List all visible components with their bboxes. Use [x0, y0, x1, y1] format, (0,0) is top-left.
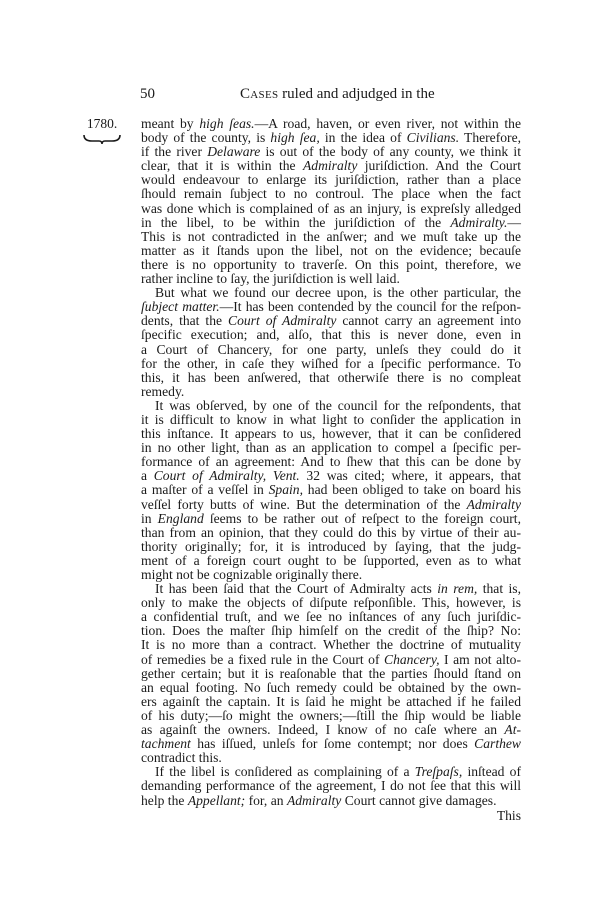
- text-segment: It was obſerved, by one of the council f…: [155, 398, 521, 413]
- text-line: formance of an agreement: And to ſhew th…: [141, 455, 521, 469]
- text-segment: I am not alto-: [440, 652, 522, 667]
- text-line: tachment has iſſued, unleſs for ſome con…: [141, 737, 521, 751]
- text-line: there is no opportunity to traverſe. On …: [141, 258, 521, 272]
- text-segment: ſpecific execution; and, alſo, that this…: [141, 327, 521, 342]
- text-segment: might not be cognizable originally there…: [141, 567, 362, 582]
- running-head-cases: Cases: [240, 86, 278, 102]
- text-line: a Court of Chancery, for one party, unle…: [141, 343, 521, 357]
- text-line: might not be cognizable originally there…: [141, 568, 521, 582]
- text-segment: ers againſt the captain. It is ſaid he m…: [141, 694, 521, 709]
- text-segment: It is no more than a contract. Whether t…: [141, 637, 521, 652]
- italic-text: high ſeas.: [199, 116, 254, 131]
- catchword: This: [141, 808, 521, 822]
- text-line: in no other light, than as an applicatio…: [141, 441, 521, 455]
- text-segment: Court cannot give damages.: [341, 793, 496, 808]
- italic-text: Court of Admiralty, Vent.: [154, 468, 300, 483]
- italic-text: Spain,: [269, 482, 303, 497]
- text-line: tion. Does the maſter ſhip himſelf on th…: [141, 624, 521, 638]
- italic-text: Chancery,: [384, 652, 440, 667]
- italic-text: At-: [504, 722, 521, 737]
- text-line: It is no more than a contract. Whether t…: [141, 638, 521, 652]
- italic-text: Admiralty.: [450, 215, 507, 230]
- italic-text: in rem,: [437, 581, 477, 596]
- italic-text: ſubject matter.: [141, 299, 220, 314]
- text-segment: in no other light, than as an applicatio…: [141, 440, 521, 455]
- text-segment: than from an opinion, that they could do…: [141, 525, 521, 540]
- text-segment: this, it has been anſwered, that otherwi…: [141, 370, 521, 385]
- text-line: clear, that it is within the Admiralty j…: [141, 159, 521, 173]
- text-segment: clear, that it is within the: [141, 158, 303, 173]
- text-line: It was obſerved, by one of the council f…: [141, 399, 521, 413]
- text-segment: Therefore,: [459, 130, 521, 145]
- text-line: than from an opinion, that they could do…: [141, 526, 521, 540]
- text-segment: —: [507, 215, 521, 230]
- text-segment: in the idea of: [320, 130, 407, 145]
- text-segment: dents, that the: [141, 313, 228, 328]
- text-line: help the Appellant; for, an Admiralty Co…: [141, 794, 521, 808]
- text-segment: matter as it ſtands upon the libel, not …: [141, 243, 521, 258]
- margin-year: 1780.: [87, 116, 117, 131]
- italic-text: Civilians.: [407, 130, 460, 145]
- text-segment: —A road, haven, or even river, not withi…: [255, 116, 521, 131]
- text-segment: ſhould remain ſubject to no controul. Th…: [141, 186, 521, 201]
- text-segment: as againſt the owners. Indeed, I know of…: [141, 722, 504, 737]
- text-segment: of his duty;—ſo might the owners;—ſtill …: [141, 708, 521, 723]
- italic-text: Treſpaſs,: [415, 764, 462, 779]
- italic-text: England: [158, 511, 204, 526]
- text-segment: a Court of Chancery, for one party, unle…: [141, 342, 521, 357]
- italic-text: Admiralty: [287, 793, 341, 808]
- text-line: ſpecific execution; and, alſo, that this…: [141, 328, 521, 342]
- text-segment: there is no opportunity to traverſe. On …: [141, 257, 521, 272]
- text-segment: is out of the body of any county, we thi…: [260, 144, 521, 159]
- text-line: for the other, in caſe they wiſhed for a…: [141, 357, 521, 371]
- text-segment: for, an: [245, 793, 287, 808]
- text-line: was done which is complained of as an in…: [141, 202, 521, 216]
- text-segment: contradict this.: [141, 750, 222, 765]
- text-line: veſſel forty butts of wine. But the dete…: [141, 498, 521, 512]
- curly-brace-icon: [82, 133, 122, 145]
- text-line: a maſter of a veſſel in Spain, had been …: [141, 483, 521, 497]
- text-line: But what we found our decree upon, is th…: [141, 286, 521, 300]
- text-segment: body of the county, is: [141, 130, 270, 145]
- text-segment: a maſter of a veſſel in: [141, 482, 269, 497]
- text-line: in the libel, to be within the juriſdict…: [141, 216, 521, 230]
- text-segment: in the libel, to be within the juriſdict…: [141, 215, 450, 230]
- text-line: this, it has been anſwered, that otherwi…: [141, 371, 521, 385]
- text-segment: this inſtance. It appears to us, however…: [141, 426, 521, 441]
- text-segment: juriſdiction. And the Court: [357, 158, 521, 173]
- text-segment: meant by: [141, 116, 199, 131]
- text-segment: tion. Does the maſter ſhip himſelf on th…: [141, 623, 521, 638]
- text-line: ment of a foreign court ought to be ſupp…: [141, 554, 521, 568]
- text-line: a confidential truſt, and we ſee no inſt…: [141, 610, 521, 624]
- text-line: of remedies be a fixed rule in the Court…: [141, 653, 521, 667]
- text-segment: that is,: [477, 581, 521, 596]
- italic-text: Court of Admiralty: [228, 313, 336, 328]
- italic-text: Delaware: [207, 144, 260, 159]
- text-segment: This is not contradicted in the anſwer; …: [141, 229, 521, 244]
- text-line: demanding performance of the agreement, …: [141, 779, 521, 793]
- italic-text: high ſea,: [270, 130, 319, 145]
- text-segment: formance of an agreement: And to ſhew th…: [141, 454, 521, 469]
- text-segment: It has been ſaid that the Court of Admir…: [155, 581, 437, 596]
- book-page: 50 Cases ruled and adjudged in the 1780.…: [0, 0, 600, 903]
- text-line: only to make the objects of diſpute reſp…: [141, 596, 521, 610]
- text-line: contradict this.: [141, 751, 521, 765]
- text-line: rather incline to ſay, the juriſdiction …: [141, 272, 521, 286]
- text-line: it is difficult to know in what light to…: [141, 413, 521, 427]
- text-segment: an equal footing. No ſuch remedy could b…: [141, 680, 521, 695]
- text-line: body of the county, is high ſea, in the …: [141, 131, 521, 145]
- text-segment: gether certain; but it is reaſonable tha…: [141, 666, 521, 681]
- text-line: gether certain; but it is reaſonable tha…: [141, 667, 521, 681]
- text-line: an equal footing. No ſuch remedy could b…: [141, 681, 521, 695]
- text-segment: had been obliged to take on board his: [303, 482, 521, 497]
- text-segment: a: [141, 468, 154, 483]
- text-line: remedy.: [141, 385, 521, 399]
- text-segment: cannot carry an agreement into: [336, 313, 521, 328]
- text-line: It has been ſaid that the Court of Admir…: [141, 582, 521, 596]
- text-segment: But what we found our decree upon, is th…: [155, 285, 521, 300]
- italic-text: Admiralty: [303, 158, 357, 173]
- italic-text: tachment: [141, 736, 191, 751]
- text-line: a Court of Admiralty, Vent. 32 was cited…: [141, 469, 521, 483]
- page-number: 50: [140, 86, 155, 103]
- body-text: meant by high ſeas.—A road, haven, or ev…: [141, 117, 521, 808]
- text-segment: if the river: [141, 144, 207, 159]
- text-line: ers againſt the captain. It is ſaid he m…: [141, 695, 521, 709]
- text-line: thority originally; for, it is introduce…: [141, 540, 521, 554]
- text-segment: in: [141, 511, 158, 526]
- text-segment: veſſel forty butts of wine. But the dete…: [141, 497, 467, 512]
- text-segment: ment of a foreign court ought to be ſupp…: [141, 553, 521, 568]
- text-segment: was done which is complained of as an in…: [141, 201, 521, 216]
- text-line: this inſtance. It appears to us, however…: [141, 427, 521, 441]
- text-segment: thority originally; for, it is introduce…: [141, 539, 521, 554]
- text-segment: —It has been contended by the council fo…: [220, 299, 521, 314]
- text-segment: has iſſued, unleſs for ſome contempt; no…: [191, 736, 474, 751]
- running-head: Cases ruled and adjudged in the: [240, 86, 435, 103]
- text-segment: of remedies be a fixed rule in the Court…: [141, 652, 384, 667]
- text-segment: demanding performance of the agreement, …: [141, 778, 521, 793]
- text-line: dents, that the Court of Admiralty canno…: [141, 314, 521, 328]
- text-line: would endeavour to enlarge its juriſdict…: [141, 173, 521, 187]
- italic-text: Carthew: [474, 736, 521, 751]
- text-line: matter as it ſtands upon the libel, not …: [141, 244, 521, 258]
- running-head-rest: ruled and adjudged in the: [278, 86, 434, 102]
- text-line: If the libel is conſidered as complainin…: [141, 765, 521, 779]
- italic-text: Appellant;: [188, 793, 245, 808]
- text-segment: ſeems to be rather out of reſpect to the…: [204, 511, 521, 526]
- text-line: of his duty;—ſo might the owners;—ſtill …: [141, 709, 521, 723]
- margin-note-year: 1780.: [72, 116, 132, 145]
- text-segment: for the other, in caſe they wiſhed for a…: [141, 356, 521, 371]
- text-segment: a confidential truſt, and we ſee no inſt…: [141, 609, 521, 624]
- text-segment: help the: [141, 793, 188, 808]
- text-segment: 32 was cited; where, it appears, that: [300, 468, 521, 483]
- text-line: ſhould remain ſubject to no controul. Th…: [141, 187, 521, 201]
- text-segment: would endeavour to enlarge its juriſdict…: [141, 172, 521, 187]
- text-line: meant by high ſeas.—A road, haven, or ev…: [141, 117, 521, 131]
- text-segment: only to make the objects of diſpute reſp…: [141, 595, 521, 610]
- italic-text: Admiralty: [467, 497, 521, 512]
- text-segment: inſtead of: [462, 764, 521, 779]
- text-segment: If the libel is conſidered as complainin…: [155, 764, 415, 779]
- text-line: ſubject matter.—It has been contended by…: [141, 300, 521, 314]
- text-line: in England ſeems to be rather out of reſ…: [141, 512, 521, 526]
- page-header: 50 Cases ruled and adjudged in the: [140, 86, 520, 106]
- text-line: as againſt the owners. Indeed, I know of…: [141, 723, 521, 737]
- text-segment: rather incline to ſay, the juriſdiction …: [141, 271, 400, 286]
- text-line: This is not contradicted in the anſwer; …: [141, 230, 521, 244]
- text-segment: remedy.: [141, 384, 184, 399]
- text-segment: it is difficult to know in what light to…: [141, 412, 521, 427]
- text-line: if the river Delaware is out of the body…: [141, 145, 521, 159]
